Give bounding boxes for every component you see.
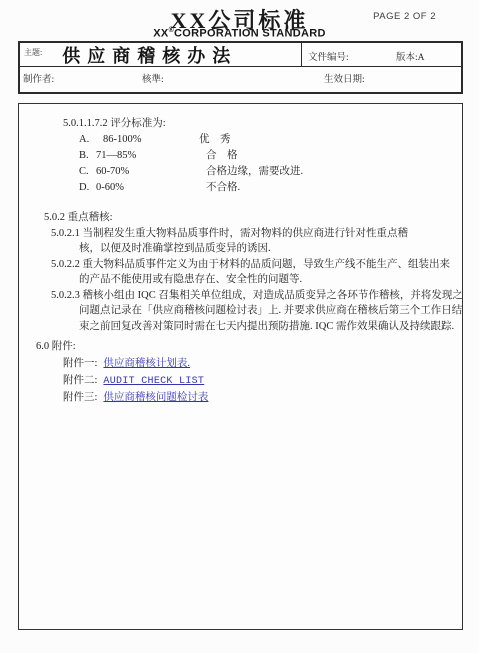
attachment-label: 附件三:: [63, 392, 97, 403]
attachment-item-2: 附件二:AUDIT CHECK LIST: [63, 374, 204, 388]
subject-label: 主题:: [24, 47, 42, 58]
scoring-grade: 优 秀: [199, 134, 231, 145]
attachment-link-audit-plan[interactable]: 供应商稽核计划表.: [103, 358, 190, 369]
maker-label: 制作者:: [23, 71, 54, 85]
scoring-key: B.: [79, 149, 96, 162]
attachment-item-3: 附件三:供应商稽核问题检讨表: [63, 391, 208, 404]
subject-cell: 主题: 供应商稽核办法: [20, 43, 301, 66]
info-table-row-signatures: 制作者: 核準: 生效日期:: [20, 67, 461, 93]
subtitle-prefix: XX: [153, 28, 168, 40]
approver-label: 核準:: [142, 71, 164, 85]
clause-5022-line1: 5.0.2.2 重大物料品质事件定义为由于材料的品质问题，导致生产线不能生产、组…: [51, 258, 450, 271]
scoring-row-c: C.60-70%合格边缘，需要改进.: [79, 165, 303, 178]
scoring-range: 0-60%: [96, 181, 206, 194]
info-table-row-subject: 主题: 供应商稽核办法 文件编号: 版本:A: [20, 43, 461, 67]
scoring-key: A.: [79, 133, 96, 146]
clause-5023-line1: 5.0.2.3 稽核小组由 IQC 召集相关单位组成，对造成品质变异之各环节作稽…: [51, 289, 463, 302]
page-number-label: PAGE 2 OF 2: [373, 11, 436, 22]
clause-5023-line2: 问题点记录在「供应商稽核问题检讨表」上. 并要求供应商在稽核后第三个工作日结: [79, 304, 462, 317]
subtitle-text: CORPORATION STANDARD: [174, 28, 326, 40]
scoring-criteria-heading: 5.0.1.1.7.2 评分标准为:: [63, 117, 166, 130]
attachment-label: 附件一:: [63, 358, 97, 369]
attachment-link-audit-check-list[interactable]: AUDIT CHECK LIST: [103, 376, 204, 387]
scoring-key: C.: [79, 165, 96, 178]
scoring-row-b: B.71—85%合 格: [79, 149, 238, 162]
corporation-standard-subtitle: XX®CORPORATION STANDARD: [0, 27, 479, 40]
clause-5021-line1: 5.0.2.1 当制程发生重大物料品质事件时，需对物料的供应商进行针对性重点稽: [51, 227, 408, 240]
document-info-table: 主题: 供应商稽核办法 文件编号: 版本:A 制作者: 核準: 生效日期:: [18, 41, 463, 94]
scoring-grade: 不合格.: [206, 182, 240, 193]
scoring-grade: 合格边缘，需要改进.: [206, 166, 303, 177]
clause-5023-line3: 束之前回复改善对策同时需在七天内提出预防措施. IQC 需作效果确认及持续跟踪.: [79, 320, 454, 333]
attachment-item-1: 附件一:供应商稽核计划表.: [63, 357, 190, 370]
attachment-label: 附件二:: [63, 375, 97, 386]
clause-5021-line2: 核，以便及时准确掌控到品质变异的诱因.: [79, 242, 271, 255]
doc-number-label: 文件编号:: [308, 49, 349, 63]
attachment-link-problem-review-form[interactable]: 供应商稽核问题检讨表: [103, 392, 208, 403]
scoring-row-d: D.0-60%不合格.: [79, 181, 240, 194]
key-audit-section-heading: 5.0.2 重点稽核:: [44, 211, 113, 224]
document-body: 5.0.1.1.7.2 评分标准为: A.86-100%优 秀 B.71—85%…: [18, 103, 463, 630]
attachments-heading: 6.0 附件:: [36, 340, 76, 353]
scoring-key: D.: [79, 181, 96, 194]
scoring-row-a: A.86-100%优 秀: [79, 133, 231, 146]
clause-5022-line2: 的产品不能使用或有隐患存在、安全性的问题等.: [79, 273, 302, 286]
scoring-range: 60-70%: [96, 165, 206, 178]
effective-date-label: 生效日期:: [324, 71, 365, 85]
scoring-range: 71—85%: [96, 149, 206, 162]
document-page: XX公司标准 PAGE 2 OF 2 XX®CORPORATION STANDA…: [0, 0, 479, 653]
scoring-range: 86-100%: [96, 133, 199, 146]
version-label: 版本:A: [396, 49, 425, 63]
document-subject-title: 供应商稽核办法: [62, 42, 237, 68]
doc-meta-cell: 文件编号: 版本:A: [301, 43, 461, 66]
scoring-grade: 合 格: [206, 150, 238, 161]
